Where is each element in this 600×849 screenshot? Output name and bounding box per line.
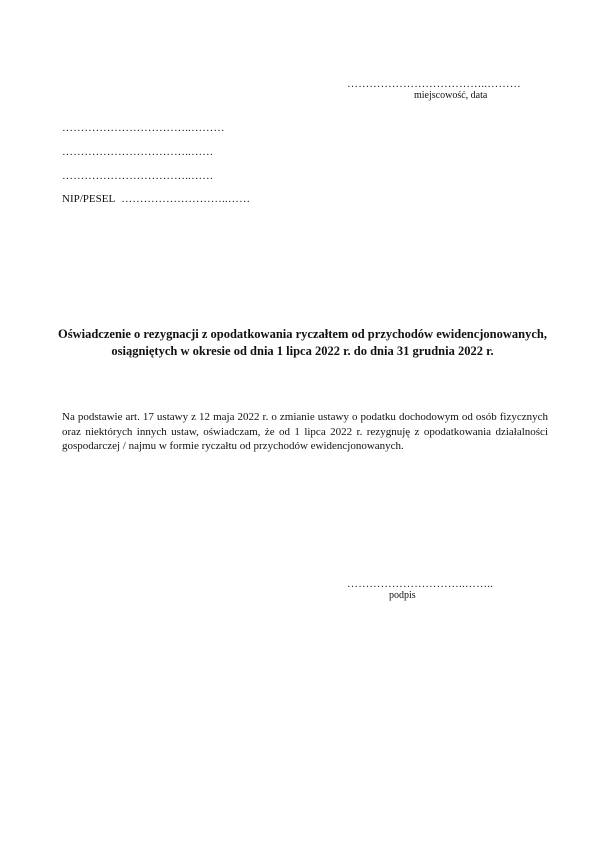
sender-line-2: ……………………………..……: [62, 146, 214, 158]
sender-line-1: ……………………………..………: [62, 122, 225, 134]
declaration-body: Na podstawie art. 17 ustawy z 12 maja 20…: [62, 410, 548, 454]
place-date-label: miejscowość, data: [414, 90, 487, 101]
nip-pesel-label: NIP/PESEL: [62, 193, 115, 205]
nip-pesel-row: NIP/PESEL………………………..……: [62, 193, 250, 205]
title-line-1: Oświadczenie o rezygnacji z opodatkowani…: [55, 326, 550, 343]
sender-line-3: ……………………………..……: [62, 170, 214, 182]
nip-pesel-line: ………………………..……: [121, 193, 250, 205]
title-line-2: osiągniętych w okresie od dnia 1 lipca 2…: [55, 343, 550, 360]
document-title: Oświadczenie o rezygnacji z opodatkowani…: [55, 326, 550, 360]
place-date-line: ………………………………..………: [347, 78, 521, 90]
signature-line: …………………………..……..: [347, 578, 493, 590]
signature-label: podpis: [389, 590, 416, 601]
